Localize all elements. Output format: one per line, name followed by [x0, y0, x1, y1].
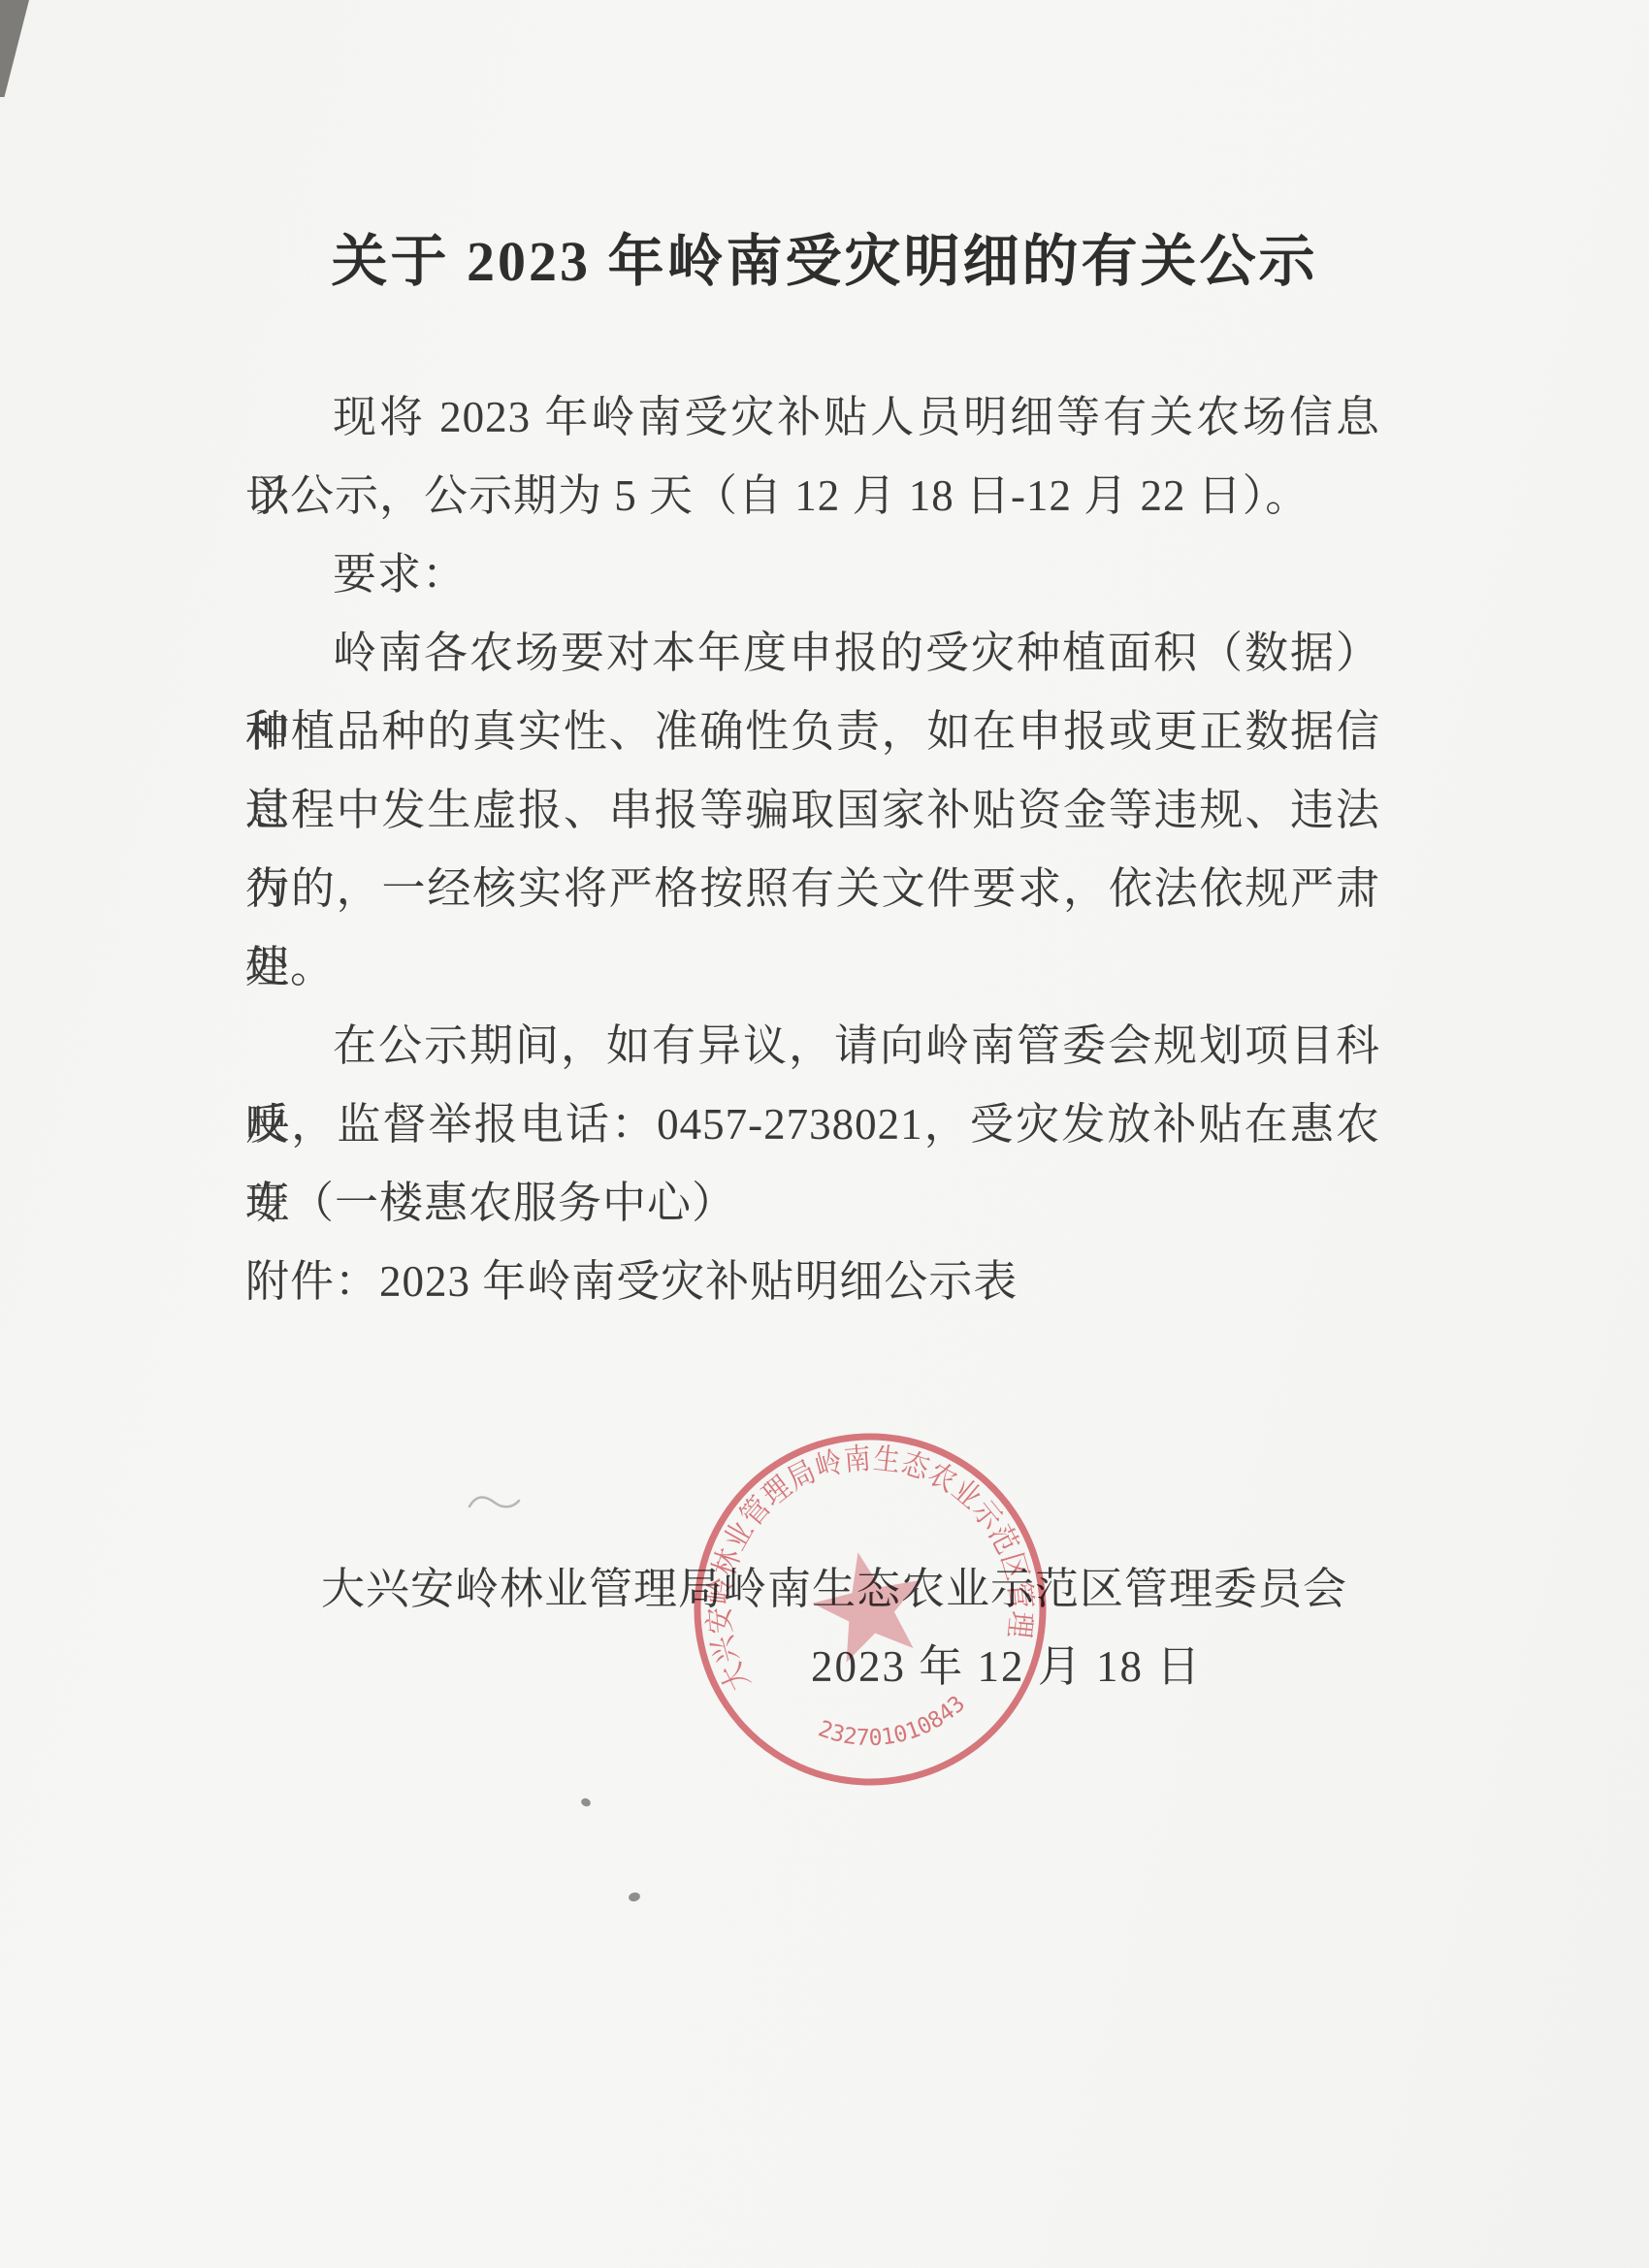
body-line: 过程中发生虚报、串报等骗取国家补贴资金等违规、违法行 — [245, 771, 1380, 850]
notice-body: 现将 2023 年岭南受灾补贴人员明细等有关农场信息予 以公示，公示期为 5 天… — [245, 378, 1380, 1321]
page-title: 关于 2023 年岭南受灾明细的有关公示 — [0, 215, 1649, 297]
attachment-line: 附件：2023 年岭南受灾补贴明细公示表 — [245, 1243, 1380, 1321]
scan-corner-artifact — [0, 0, 29, 97]
body-line: 岭南各农场要对本年度申报的受灾种植面积（数据）和 — [245, 614, 1380, 693]
signature-organization: 大兴安岭林业管理局岭南生态农业示范区管理委员会 — [291, 1550, 1377, 1629]
scanned-notice-page: 关于 2023 年岭南受灾明细的有关公示 现将 2023 年岭南受灾补贴人员明细… — [0, 0, 1649, 2268]
body-line: 现将 2023 年岭南受灾补贴人员明细等有关农场信息予 — [245, 378, 1380, 457]
body-line: 在公示期间，如有异议，请向岭南管委会规划项目科反 — [245, 1007, 1380, 1085]
body-line: 映，监督举报电话：0457-2738021，受灾发放补贴在惠农专 — [245, 1085, 1380, 1164]
pen-mark-artifact — [466, 1489, 524, 1518]
signature-date: 2023 年 12 月 18 日 — [811, 1628, 1202, 1706]
scan-speck — [628, 1892, 641, 1903]
body-line: 以公示，公示期为 5 天（自 12 月 18 日-12 月 22 日）。 — [245, 457, 1380, 535]
body-line: 班（一楼惠农服务中心） — [245, 1164, 1380, 1243]
body-line: 种植品种的真实性、准确性负责，如在申报或更正数据信息 — [245, 693, 1380, 771]
body-line: 要求： — [245, 535, 1380, 614]
body-line: 理。 — [245, 928, 1380, 1007]
body-line: 为的，一经核实将严格按照有关文件要求，依法依规严肃处 — [245, 850, 1380, 928]
scan-speck — [580, 1797, 592, 1807]
